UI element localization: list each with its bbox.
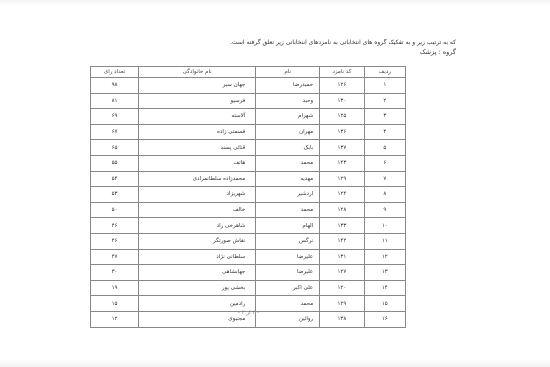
first-name-cell: علیرضا <box>256 265 320 281</box>
last-name-cell: آلاسته <box>139 109 256 125</box>
candidate-code-cell: ۱۳۸ <box>320 311 364 327</box>
first-name-cell: علیرضا <box>256 249 320 265</box>
candidate-code-cell: ۱۳۰ <box>320 93 364 109</box>
first-name-cell: محمد <box>256 296 320 312</box>
candidate-code-cell: ۱۲۴ <box>320 187 364 203</box>
candidate-code-cell: ۱۲۸ <box>320 202 364 218</box>
candidate-code-cell: ۱۴۳ <box>320 155 364 171</box>
header-last-name: نام خانوادگی <box>139 67 256 78</box>
first-name-cell: مهران <box>256 124 320 140</box>
votes-cell: ۳۰ <box>91 265 139 281</box>
candidate-code-cell: ۱۲۵ <box>320 109 364 125</box>
candidate-code-cell: ۱۲۶ <box>320 78 364 94</box>
candidate-code-cell: ۱۲۰ <box>320 280 364 296</box>
table-row: ۱۳۱۲۷علیرضاجهانشاهی۳۰ <box>91 265 406 281</box>
candidate-code-cell: ۱۳۶ <box>320 124 364 140</box>
votes-cell: ۸۱ <box>91 93 139 109</box>
first-name-cell: محمد <box>256 202 320 218</box>
row-number-cell: ۴ <box>364 124 405 140</box>
first-name-cell: روائین <box>256 311 320 327</box>
table-row: ۳۱۲۵شهرامآلاسته۶۹ <box>91 109 406 125</box>
last-name-cell: نقاش صورتگر <box>139 233 256 249</box>
first-name-cell: نرگس <box>256 233 320 249</box>
first-name-cell: حمیدرضا <box>256 78 320 94</box>
table-row: ۱۴۱۲۰علی اکبربخشی پور۱۹ <box>91 280 406 296</box>
table-row: ۲۱۳۰وحیدفرسیو۸۱ <box>91 93 406 109</box>
table-row: ۱۱۱۴۲نرگسنقاش صورتگر۴۶ <box>91 233 406 249</box>
votes-cell: ۶۹ <box>91 109 139 125</box>
last-name-cell: شهریزاد <box>139 187 256 203</box>
document-page: که به ترتیب زیر و به تفکیک گروه های انتخ… <box>0 0 550 367</box>
intro-text: که به ترتیب زیر و به تفکیک گروه های انتخ… <box>196 38 456 47</box>
row-number-cell: ۵ <box>364 140 405 156</box>
candidates-table: ردیف کد نامزد نام نام خانوادگی تعداد رای… <box>90 66 406 328</box>
last-name-cell: بخشی پور <box>139 280 256 296</box>
votes-cell: ۶۵ <box>91 140 139 156</box>
candidate-code-cell: ۱۲۷ <box>320 265 364 281</box>
row-number-cell: ۱۵ <box>364 296 405 312</box>
first-name-cell: اردشیر <box>256 187 320 203</box>
first-name-cell: علی اکبر <box>256 280 320 296</box>
last-name-cell: قنائی پسند <box>139 140 256 156</box>
first-name-cell: وحید <box>256 93 320 109</box>
table-row: ۵۱۳۷بابکقنائی پسند۶۵ <box>91 140 406 156</box>
row-number-cell: ۷ <box>364 171 405 187</box>
table-row: ۶۱۴۳محمدهاتف۵۵ <box>91 155 406 171</box>
table-row: ۱۲۱۳۱علیرضاسلطانی نژاد۴۷ <box>91 249 406 265</box>
last-name-cell: جهان سیر <box>139 78 256 94</box>
row-number-cell: ۲ <box>364 93 405 109</box>
table-row: ۱۱۲۶حمیدرضاجهان سیر۹۸ <box>91 78 406 94</box>
row-number-cell: ۹ <box>364 202 405 218</box>
last-name-cell: قسمتی زاده <box>139 124 256 140</box>
first-name-cell: بابک <box>256 140 320 156</box>
candidate-code-cell: ۱۴۲ <box>320 233 364 249</box>
votes-cell: ۵۰ <box>91 202 139 218</box>
votes-cell: ۴۷ <box>91 249 139 265</box>
group-label: گروه : پزشک <box>420 48 456 56</box>
votes-cell: ۵۴ <box>91 171 139 187</box>
votes-cell: ۱۲ <box>91 311 139 327</box>
table-row: ۸۱۲۴اردشیرشهریزاد۵۳ <box>91 187 406 203</box>
candidate-code-cell: ۱۳۱ <box>320 249 364 265</box>
row-number-cell: ۱۶ <box>364 311 405 327</box>
last-name-cell: شاهرخی راد <box>139 218 256 234</box>
header-first-name: نام <box>256 67 320 78</box>
last-name-cell: خالف <box>139 202 256 218</box>
votes-cell: ۹۸ <box>91 78 139 94</box>
votes-cell: ۴۶ <box>91 233 139 249</box>
first-name-cell: الهام <box>256 218 320 234</box>
row-number-cell: ۱۱ <box>364 233 405 249</box>
header-row-number: ردیف <box>364 67 405 78</box>
last-name-cell: فرسیو <box>139 93 256 109</box>
votes-cell: ۱۹ <box>91 280 139 296</box>
votes-cell: ۶۷ <box>91 124 139 140</box>
header-candidate-code: کد نامزد <box>320 67 364 78</box>
row-number-cell: ۶ <box>364 155 405 171</box>
table-header-row: ردیف کد نامزد نام نام خانوادگی تعداد رای <box>91 67 406 78</box>
first-name-cell: مهدیه <box>256 171 320 187</box>
candidate-code-cell: ۱۳۷ <box>320 140 364 156</box>
candidate-code-cell: ۱۳۳ <box>320 218 364 234</box>
row-number-cell: ۱ <box>364 78 405 94</box>
last-name-cell: محمدزاده سلطانمرادی <box>139 171 256 187</box>
last-name-cell: هاتف <box>139 155 256 171</box>
last-name-cell: جهانشاهی <box>139 265 256 281</box>
table-row: ۴۱۳۶مهرانقسمتی زاده۶۷ <box>91 124 406 140</box>
votes-cell: ۴۶ <box>91 218 139 234</box>
page-number: - ۲ از ۲ - <box>238 310 259 316</box>
table-row: ۱۰۱۳۳الهامشاهرخی راد۴۶ <box>91 218 406 234</box>
votes-cell: ۱۵ <box>91 296 139 312</box>
votes-cell: ۵۵ <box>91 155 139 171</box>
row-number-cell: ۱۴ <box>364 280 405 296</box>
first-name-cell: شهرام <box>256 109 320 125</box>
votes-cell: ۵۳ <box>91 187 139 203</box>
candidate-code-cell: ۱۲۹ <box>320 296 364 312</box>
first-name-cell: محمد <box>256 155 320 171</box>
last-name-cell: سلطانی نژاد <box>139 249 256 265</box>
header-votes: تعداد رای <box>91 67 139 78</box>
candidate-code-cell: ۱۲۹ <box>320 171 364 187</box>
row-number-cell: ۱۲ <box>364 249 405 265</box>
table-row: ۹۱۲۸محمدخالف۵۰ <box>91 202 406 218</box>
row-number-cell: ۱۳ <box>364 265 405 281</box>
row-number-cell: ۱۰ <box>364 218 405 234</box>
row-number-cell: ۳ <box>364 109 405 125</box>
table-row: ۷۱۲۹مهدیهمحمدزاده سلطانمرادی۵۴ <box>91 171 406 187</box>
row-number-cell: ۸ <box>364 187 405 203</box>
